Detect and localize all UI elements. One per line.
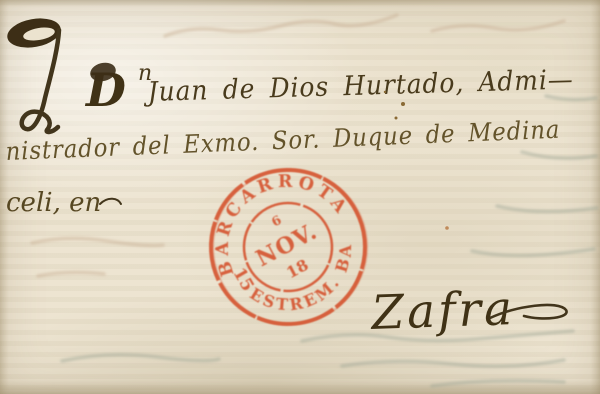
- letter-sheet: D n Juan de Dios Hurtado, Admi— nistrado…: [0, 0, 600, 394]
- address-line-3: celi, en: [6, 188, 101, 218]
- address-line-2: nistrador del Exmo. Sor. Duque de Medina: [5, 115, 561, 166]
- line3-tail-flourish: [100, 199, 121, 204]
- address-line-1: Juan de Dios Hurtado, Admi—: [143, 64, 574, 108]
- ink-specks: [384, 91, 449, 230]
- destination-name: Zafra: [369, 281, 516, 341]
- postmark-date-day: 6: [269, 213, 284, 230]
- flourish-letter-A: [5, 15, 63, 132]
- postmark-stamp: BARCARROTA ESTREM. BA 15 6 NOV. 18: [184, 142, 395, 352]
- letter-scan: D n Juan de Dios Hurtado, Admi— nistrado…: [0, 0, 600, 394]
